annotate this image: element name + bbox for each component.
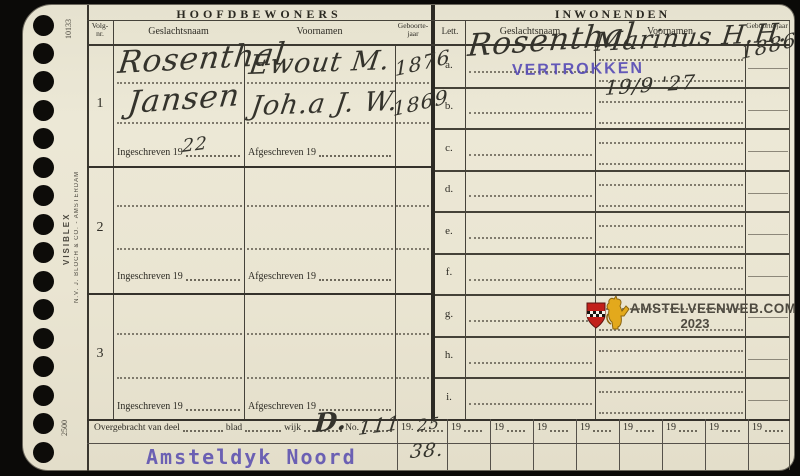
year-cell: 19 <box>451 422 485 433</box>
dotted-writing-line <box>469 112 592 114</box>
dotted-writing-line <box>599 267 743 269</box>
geboortejaar-line <box>748 68 788 69</box>
horizontal-rule <box>87 293 431 295</box>
year-cell: 19 <box>666 422 700 433</box>
row-border <box>435 211 789 213</box>
printer-brand-visiblex: VISIBLEX <box>62 200 71 278</box>
binder-hole <box>33 128 54 149</box>
row-border <box>435 170 789 172</box>
handwritten-firstname-2: Joh.a J. W. <box>249 86 400 122</box>
wijk-label: wijk <box>284 423 301 433</box>
column-header-geboortejaar-left: Geboorte-jaar <box>393 22 433 38</box>
afgeschreven-label-text: Afgeschreven 19 <box>248 147 316 158</box>
dotted-writing-line <box>396 248 429 250</box>
dotted-leader <box>245 427 281 432</box>
binder-hole <box>33 214 54 235</box>
column-header-voornamen-left: Voornamen <box>244 26 395 37</box>
dotted-writing-line <box>599 101 743 103</box>
dotted-writing-line <box>396 122 429 124</box>
year-cell-label: 19 <box>666 422 676 433</box>
dotted-writing-line <box>247 82 393 84</box>
lett-cell: d. <box>436 183 462 195</box>
dotted-leader <box>183 427 223 432</box>
dotted-writing-line <box>599 122 743 124</box>
dotted-writing-line <box>599 246 743 248</box>
dotted-writing-line <box>599 142 743 144</box>
ingeschreven-label-text: Ingeschreven 19 <box>117 147 183 158</box>
dotted-leader <box>593 427 611 432</box>
year-cell-border <box>533 419 534 470</box>
dotted-writing-line <box>599 288 743 290</box>
watermark-year: 2023 <box>630 316 760 331</box>
handwritten-ingeschreven-year: 22 <box>182 133 208 157</box>
year-cell-label: 19 <box>709 422 719 433</box>
dotted-writing-line <box>247 205 393 207</box>
column-header-geslachtsnaam-left: Geslachtsnaam <box>113 26 244 37</box>
lett-cell: g. <box>436 308 462 320</box>
handwritten-house-number: 38. <box>409 439 445 463</box>
year-cell-border <box>662 419 663 470</box>
dotted-writing-line <box>599 225 743 227</box>
dotted-writing-line <box>469 237 592 239</box>
scanned-population-register-card: 1Ingeschreven 19Afgeschreven 192Ingeschr… <box>0 0 800 476</box>
year-cell-border <box>576 419 577 470</box>
geboortejaar-line <box>748 110 788 111</box>
binder-hole <box>33 100 54 121</box>
overgebracht-row: Overgebracht van deel blad wijk No. <box>94 423 395 433</box>
dotted-writing-line <box>117 333 242 335</box>
dotted-writing-line <box>117 122 242 124</box>
handwritten-wijk: D. <box>313 406 349 439</box>
binder-hole <box>33 442 54 463</box>
card-stock-number: 2500 <box>60 410 69 446</box>
year-cell-border <box>705 419 706 470</box>
dotted-writing-line <box>469 320 592 322</box>
card-serial-number: 10133 <box>64 8 73 50</box>
afgeschreven-label-text: Afgeschreven 19 <box>248 271 316 282</box>
year-cell: 19 <box>537 422 571 433</box>
overgebracht-label: Overgebracht van deel <box>94 423 180 433</box>
blad-label: blad <box>226 423 242 433</box>
vertical-rule <box>244 45 245 419</box>
dotted-writing-line <box>469 362 592 364</box>
row-border <box>435 128 789 130</box>
binder-hole <box>33 71 54 92</box>
ingeschreven-label: Ingeschreven 19 <box>117 147 243 158</box>
dotted-writing-line <box>396 377 429 379</box>
binder-hole <box>33 299 54 320</box>
dotted-writing-line <box>599 391 743 393</box>
dotted-leader <box>507 427 525 432</box>
dotted-writing-line <box>247 122 393 124</box>
dotted-writing-line <box>599 412 743 414</box>
dotted-writing-line <box>469 403 592 405</box>
geboortejaar-line <box>748 234 788 235</box>
dotted-leader <box>636 427 654 432</box>
dotted-leader <box>319 276 391 281</box>
volgnummer: 2 <box>87 220 113 236</box>
dotted-writing-line <box>469 154 592 156</box>
vertical-rule <box>113 20 114 419</box>
binder-hole <box>33 271 54 292</box>
amstelveen-shield-icon <box>586 302 606 329</box>
afgeschreven-label: Afgeschreven 19 <box>248 271 394 282</box>
vertrokken-stamp: VERTROKKEN <box>512 60 644 80</box>
dotted-writing-line <box>117 377 242 379</box>
section-title-hoofdbewoners: HOOFDBEWONERS <box>87 7 431 22</box>
column-header-volgnr: Volg-nr. <box>88 22 112 38</box>
year-cell-label: 19 <box>537 422 547 433</box>
year-cell-label: 19 <box>752 422 762 433</box>
binder-hole <box>33 242 54 263</box>
dotted-writing-line <box>599 350 743 352</box>
geboortejaar-line <box>748 193 788 194</box>
year-cell: 19 <box>623 422 657 433</box>
vertical-rule <box>745 45 746 419</box>
geboortejaar-line <box>748 151 788 152</box>
binder-hole <box>33 43 54 64</box>
dotted-writing-line <box>396 82 429 84</box>
dotted-writing-line <box>247 333 393 335</box>
lion-icon <box>604 296 630 332</box>
dotted-writing-line <box>247 248 393 250</box>
binder-hole <box>33 385 54 406</box>
year-prefix: 19. <box>401 422 414 433</box>
year-cell: 19 <box>752 422 786 433</box>
vertical-rule <box>465 20 466 419</box>
dotted-writing-line <box>469 279 592 281</box>
handwritten-year-25: 25 <box>417 413 440 435</box>
dotted-leader <box>679 427 697 432</box>
dotted-writing-line <box>247 377 393 379</box>
volgnummer: 1 <box>87 96 113 112</box>
year-cell-label: 19 <box>451 422 461 433</box>
dotted-leader <box>765 427 783 432</box>
vertical-rule <box>87 5 89 471</box>
geboortejaar-line <box>748 276 788 277</box>
binder-hole <box>33 185 54 206</box>
binder-hole <box>33 328 54 349</box>
dotted-leader <box>186 406 240 411</box>
lett-cell: c. <box>436 142 462 154</box>
geboortejaar-line <box>748 400 788 401</box>
dotted-writing-line <box>396 205 429 207</box>
vertical-rule <box>595 45 596 419</box>
year-cell-label: 19 <box>623 422 633 433</box>
year-cell: 19 <box>580 422 614 433</box>
row-border <box>435 377 789 379</box>
afgeschreven-label-text: Afgeschreven 19 <box>248 401 316 412</box>
lett-cell: e. <box>436 225 462 237</box>
ingeschreven-label: Ingeschreven 19 <box>117 271 243 282</box>
year-cell-label: 19 <box>580 422 590 433</box>
dotted-leader <box>186 276 240 281</box>
year-cell-border <box>490 419 491 470</box>
year-cell-border <box>447 419 448 470</box>
geboortejaar-line <box>748 359 788 360</box>
dotted-leader <box>319 152 391 157</box>
vertical-rule <box>789 20 790 470</box>
binder-hole <box>33 413 54 434</box>
horizontal-rule <box>87 166 431 168</box>
ingeschreven-label-text: Ingeschreven 19 <box>117 271 183 282</box>
dotted-writing-line <box>599 205 743 207</box>
column-header-lett: Lett. <box>436 26 464 36</box>
dotted-writing-line <box>599 163 743 165</box>
ingeschreven-label: Ingeschreven 19 <box>117 401 243 412</box>
dotted-writing-line <box>599 371 743 373</box>
handwritten-firstname-1: Ewout M. <box>247 45 392 81</box>
dotted-leader <box>722 427 740 432</box>
watermark-site-text: AMSTELVEENWEB.COM <box>630 301 797 316</box>
year-cell: 19 <box>494 422 528 433</box>
row-border <box>435 253 789 255</box>
volgnummer: 3 <box>87 346 113 362</box>
binder-hole <box>33 157 54 178</box>
dotted-writing-line <box>117 205 242 207</box>
binder-hole <box>33 356 54 377</box>
lett-cell: f. <box>436 266 462 278</box>
binder-hole <box>33 15 54 36</box>
dotted-writing-line <box>396 333 429 335</box>
year-cell-border <box>619 419 620 470</box>
dotted-leader <box>464 427 482 432</box>
street-name-stamp: Amsteldyk Noord <box>146 445 357 469</box>
ingeschreven-label-text: Ingeschreven 19 <box>117 401 183 412</box>
watermark: AMSTELVEENWEB.COM 2023 <box>584 296 784 338</box>
dotted-writing-line <box>469 195 592 197</box>
afgeschreven-label: Afgeschreven 19 <box>248 147 394 158</box>
year-cell-label: 19 <box>494 422 504 433</box>
dotted-leader <box>550 427 568 432</box>
dotted-writing-line <box>599 184 743 186</box>
printer-company-line: N.V. J. BLOCH & CO. - AMSTERDAM <box>74 162 80 312</box>
year-cell-border <box>748 419 749 470</box>
lett-cell: h. <box>436 349 462 361</box>
lett-cell: i. <box>436 391 462 403</box>
dotted-writing-line <box>117 248 242 250</box>
year-cell: 19 <box>709 422 743 433</box>
